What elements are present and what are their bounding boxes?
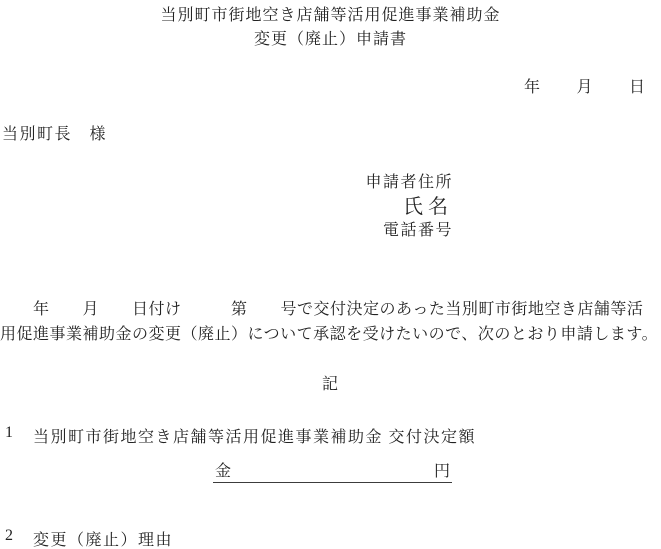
body-paragraph: 年 月 日付け 第 号で交付決定のあった当別町市街地空き店舗等活 用促進事業補助… (0, 297, 661, 347)
document-subtitle: 変更（廃止）申請書 (0, 26, 661, 49)
amount-fill-in-field: 金 円 (213, 462, 452, 483)
application-form-page: 当別町市街地空き店舗等活用促進事業補助金 変更（廃止）申請書 年 月 日 当別町… (0, 0, 661, 549)
addressee-line: 当別町長 様 (2, 121, 107, 144)
document-title: 当別町市街地空き店舗等活用促進事業補助金 (0, 2, 661, 25)
body-text-line-1: 年 月 日付け 第 号で交付決定のあった当別町市街地空き店舗等活 (0, 297, 661, 322)
amount-suffix-en-kanji: 円 (434, 458, 450, 481)
date-line: 年 月 日 (524, 74, 647, 97)
amount-prefix-yen-kanji: 金 (215, 458, 231, 481)
applicant-name-label: 氏名 (365, 195, 453, 219)
item-1-number: 1 (5, 424, 13, 442)
applicant-address-label: 申請者住所 (365, 171, 453, 195)
item-2-number: 2 (5, 527, 13, 545)
body-text-line-2: 用促進事業補助金の変更（廃止）について承認を受けたいので、次のとおり申請します。 (0, 322, 661, 347)
item-2-label: 変更（廃止）理由 (33, 527, 173, 549)
note-heading: 記 (0, 371, 661, 394)
applicant-info-block: 申請者住所 氏名 電話番号 (365, 171, 453, 243)
item-1-label: 当別町市街地空き店舗等活用促進事業補助金 交付決定額 (33, 424, 476, 447)
applicant-phone-label: 電話番号 (365, 219, 453, 243)
